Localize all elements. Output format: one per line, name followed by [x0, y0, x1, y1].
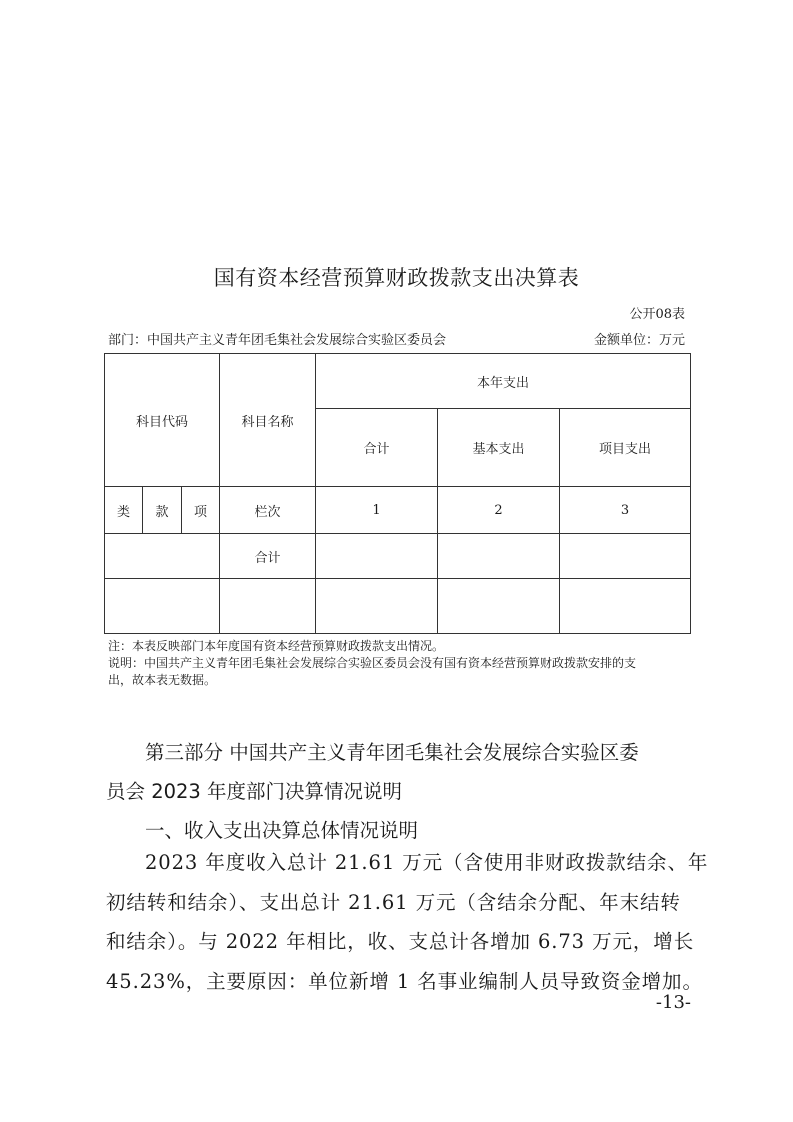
header-total: 合计: [316, 409, 438, 487]
note-text: 注：本表反映部门本年度国有资本经营预算财政拨款支出情况。: [108, 638, 693, 655]
row-project: [560, 579, 691, 634]
total-row-code: [105, 534, 220, 579]
part-heading-line-2: 员会 2023 年度部门决算情况说明: [106, 772, 696, 811]
table-title: 国有资本经营预算财政拨款支出决算表: [0, 262, 793, 292]
expense-table: 科目代码 科目名称 本年支出 合计 基本支出 项目支出 类 款 项 栏次 1 2…: [104, 353, 691, 634]
row-name: [220, 579, 316, 634]
part-heading-line-1: 第三部分 中国共产主义青年团毛集社会发展综合实验区委: [106, 733, 696, 772]
code-part-section: 款: [143, 487, 182, 534]
header-subject-code: 科目代码: [105, 354, 220, 487]
code-part-item: 项: [182, 487, 220, 534]
paragraph-line: 初结转和结余）、支出总计 21.61 万元（含结余分配、年末结转: [106, 883, 696, 923]
row-total: [316, 579, 438, 634]
row-basic: [438, 579, 560, 634]
row-code: [105, 579, 220, 634]
amount-unit-label: 金额单位：万元: [594, 329, 685, 348]
column-index-3: 3: [560, 487, 691, 534]
form-number: 公开08表: [629, 303, 685, 322]
header-subject-name: 科目名称: [220, 354, 316, 487]
column-index-label: 栏次: [220, 487, 316, 534]
paragraph-line: 45.23%，主要原因：单位新增 1 名事业编制人员导致资金增加。: [106, 962, 696, 1002]
column-index-2: 2: [438, 487, 560, 534]
header-project-expense: 项目支出: [560, 409, 691, 487]
header-basic-expense: 基本支出: [438, 409, 560, 487]
summary-paragraph: 2023 年度收入总计 21.61 万元（含使用非财政拨款结余、年 初结转和结余…: [106, 843, 696, 1001]
column-index-1: 1: [316, 487, 438, 534]
page-number: -13-: [656, 992, 691, 1013]
explanation-line-2: 出，故本表无数据。: [108, 672, 693, 689]
total-row-basic: [438, 534, 560, 579]
explanation-line-1: 说明：中国共产主义青年团毛集社会发展综合实验区委员会没有国有资本经营预算财政拨款…: [108, 655, 693, 672]
column-index-row: 类 款 项 栏次 1 2 3: [105, 487, 691, 534]
total-row-label: 合计: [220, 534, 316, 579]
total-row-project: [560, 534, 691, 579]
header-current-year-expense: 本年支出: [316, 354, 691, 409]
code-part-class: 类: [105, 487, 143, 534]
paragraph-line: 2023 年度收入总计 21.61 万元（含使用非财政拨款结余、年: [106, 843, 696, 883]
total-row-total: [316, 534, 438, 579]
total-row: 合计: [105, 534, 691, 579]
paragraph-line: 和结余）。与 2022 年相比，收、支总计各增加 6.73 万元，增长: [106, 922, 696, 962]
section-heading: 第三部分 中国共产主义青年团毛集社会发展综合实验区委 员会 2023 年度部门决…: [106, 733, 696, 850]
department-label: 部门：中国共产主义青年团毛集社会发展综合实验区委员会: [108, 329, 446, 348]
table-row: [105, 579, 691, 634]
table-notes: 注：本表反映部门本年度国有资本经营预算财政拨款支出情况。 说明：中国共产主义青年…: [108, 638, 693, 689]
